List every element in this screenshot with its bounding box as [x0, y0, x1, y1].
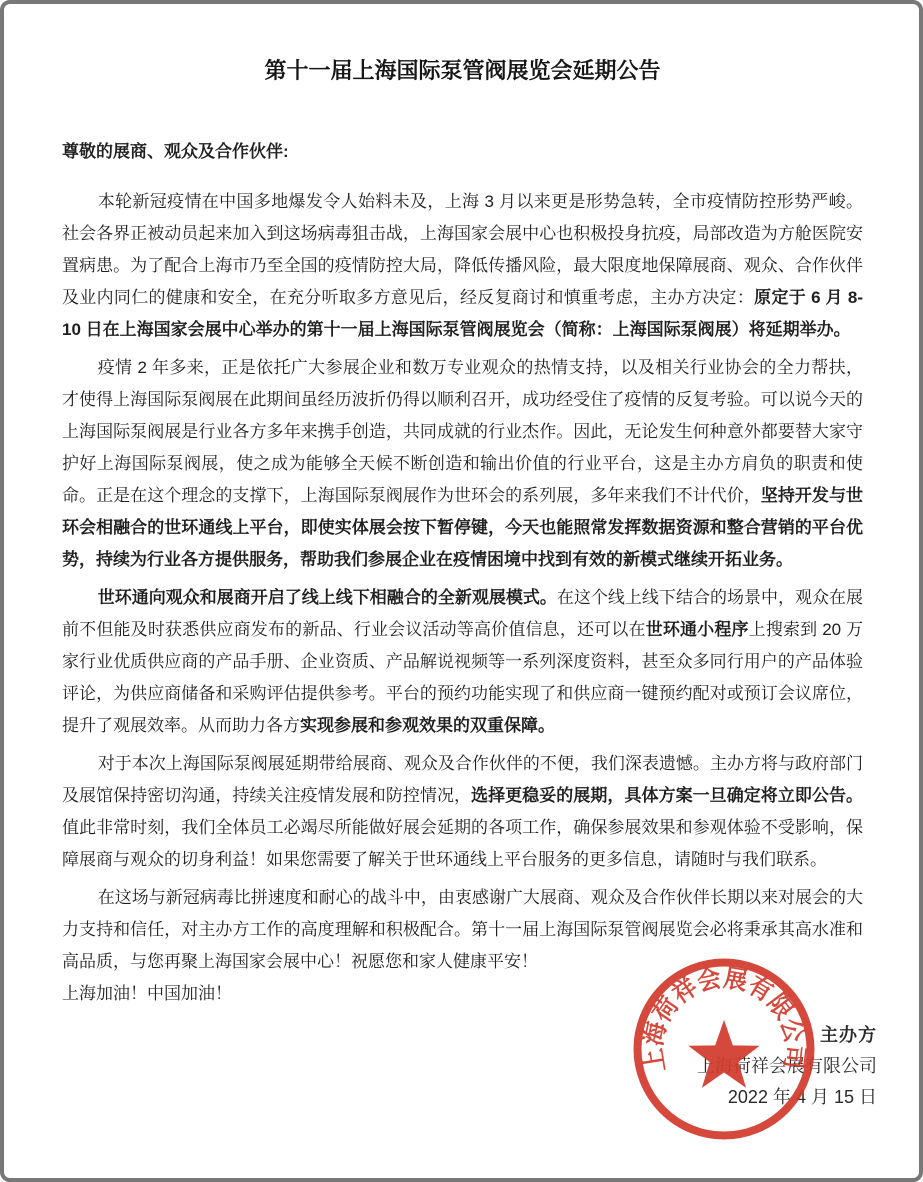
salutation: 尊敬的展商、观众及合作伙伴: [62, 136, 863, 168]
signature-company: 上海荷祥会展有限公司 [697, 1051, 877, 1082]
signature-date: 2022 年 4 月 15 日 [697, 1082, 877, 1113]
paragraph-2: 疫情 2 年多来，正是依托广大参展企业和数万专业观众的热情支持，以及相关行业协会… [62, 352, 863, 576]
document-content: 第十一届上海国际泵管阀展览会延期公告 尊敬的展商、观众及合作伙伴: 本轮新冠疫情… [4, 4, 919, 1010]
paragraph-1: 本轮新冠疫情在中国多地爆发令人始料未及，上海 3 月以来更是形势急转，全市疫情防… [62, 186, 863, 346]
paragraph-3: 世环通向观众和展商开启了线上线下相融合的全新观展模式。在这个线上线下结合的场景中… [62, 582, 863, 742]
signature-role: 主办方 [697, 1020, 877, 1051]
text-segment-bold: 世环通小程序 [646, 620, 749, 639]
text-segment-bold: 选择更稳妥的展期，具体方案一旦确定将立即公告。 [471, 786, 863, 805]
text-segment-bold: 世环通向观众和展商开启了线上线下相融合的全新观展模式。 [98, 588, 557, 607]
text-segment: 疫情 2 年多来，正是依托广大参展企业和数万专业观众的热情支持，以及相关行业协会… [62, 358, 863, 505]
signature-block: 主办方 上海荷祥会展有限公司 2022 年 4 月 15 日 [697, 1020, 877, 1113]
text-segment-bold: 实现参展和参观效果的双重保障。 [300, 716, 555, 735]
text-segment: 值此非常时刻，我们全体员工必竭尽所能做好展会延期的各项工作，确保参展效果和参观体… [62, 818, 863, 869]
text-segment: 本轮新冠疫情在中国多地爆发令人始料未及，上海 3 月以来更是形势急转，全市疫情防… [62, 192, 863, 307]
paragraph-5: 在这场与新冠病毒比拼速度和耐心的战斗中，由衷感谢广大展商、观众及合作伙伴长期以来… [62, 882, 863, 978]
page-title: 第十一届上海国际泵管阀展览会延期公告 [62, 56, 863, 86]
paragraph-4: 对于本次上海国际泵阀展延期带给展商、观众及合作伙伴的不便，我们深表遗憾。主办方将… [62, 748, 863, 876]
slogan-line: 上海加油！中国加油！ [62, 978, 863, 1010]
announcement-document: 第十一届上海国际泵管阀展览会延期公告 尊敬的展商、观众及合作伙伴: 本轮新冠疫情… [0, 0, 923, 1182]
text-segment: 在这场与新冠病毒比拼速度和耐心的战斗中，由衷感谢广大展商、观众及合作伙伴长期以来… [62, 888, 863, 971]
